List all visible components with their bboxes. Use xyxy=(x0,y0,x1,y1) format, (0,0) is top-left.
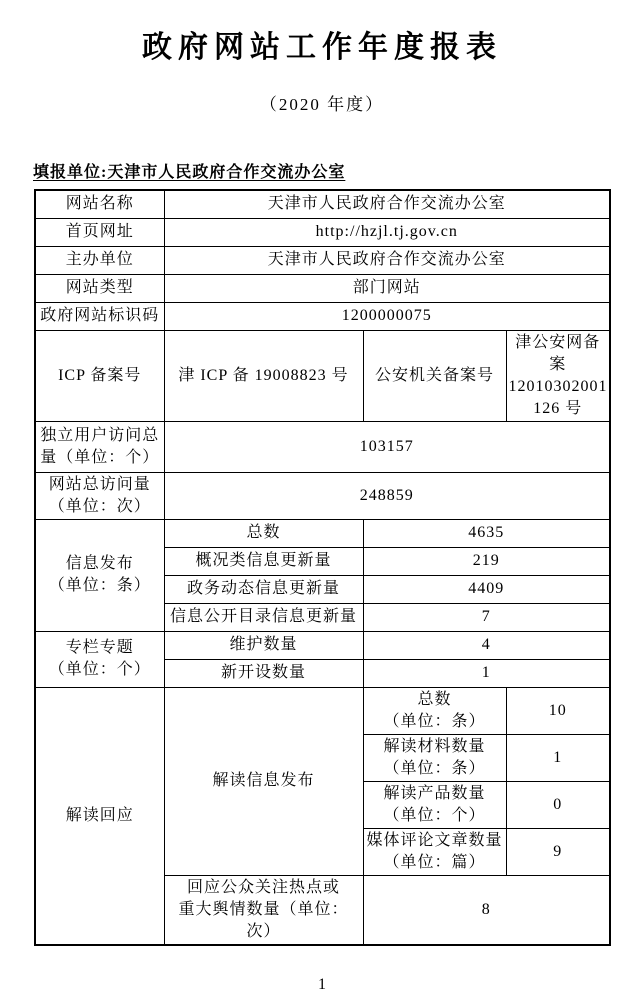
info-total-value: 4635 xyxy=(363,519,610,547)
gov-news-updates-value: 4409 xyxy=(363,575,610,603)
interp-total-label: 总数 （单位：条） xyxy=(363,687,506,734)
table-row: 解读回应 解读信息发布 总数 （单位：条） 10 xyxy=(35,687,610,734)
hot-response-value: 8 xyxy=(363,875,610,945)
disclosure-updates-value: 7 xyxy=(363,603,610,631)
overview-updates-label: 概况类信息更新量 xyxy=(164,547,363,575)
site-id-code-value: 1200000075 xyxy=(164,302,610,330)
interpretation-publish-label: 解读信息发布 xyxy=(164,687,363,875)
site-id-code-label: 政府网站标识码 xyxy=(35,302,164,330)
interp-products-label: 解读产品数量 （单位：个） xyxy=(363,781,506,828)
table-row: ICP 备案号 津 ICP 备 19008823 号 公安机关备案号 津公安网备… xyxy=(35,330,610,421)
interp-materials-value: 1 xyxy=(506,734,610,781)
special-topics-group-label: 专栏专题 （单位：个） xyxy=(35,631,164,687)
interpretation-group-label: 解读回应 xyxy=(35,687,164,945)
table-row: 政府网站标识码 1200000075 xyxy=(35,302,610,330)
overview-updates-value: 219 xyxy=(363,547,610,575)
report-year-subtitle: （2020 年度） xyxy=(0,90,644,115)
info-total-label: 总数 xyxy=(164,519,363,547)
table-row: 专栏专题 （单位：个） 维护数量 4 xyxy=(35,631,610,659)
site-name-label: 网站名称 xyxy=(35,190,164,218)
new-topics-label: 新开设数量 xyxy=(164,659,363,687)
site-type-value: 部门网站 xyxy=(164,274,610,302)
table-row: 网站类型 部门网站 xyxy=(35,274,610,302)
total-visits-value: 248859 xyxy=(164,472,610,519)
new-topics-value: 1 xyxy=(363,659,610,687)
site-type-label: 网站类型 xyxy=(35,274,164,302)
maintained-count-label: 维护数量 xyxy=(164,631,363,659)
police-record-label: 公安机关备案号 xyxy=(363,330,506,421)
interp-total-value: 10 xyxy=(506,687,610,734)
report-page: 政府网站工作年度报表 （2020 年度） 填报单位:天津市人民政府合作交流办公室… xyxy=(0,22,644,991)
interp-materials-label: 解读材料数量 （单位：条） xyxy=(363,734,506,781)
unique-visitors-label: 独立用户访问总 量（单位：个） xyxy=(35,421,164,472)
site-name-value: 天津市人民政府合作交流办公室 xyxy=(164,190,610,218)
table-row: 信息发布 （单位：条） 总数 4635 xyxy=(35,519,610,547)
page-number: 1 xyxy=(0,976,644,991)
icp-license-label: ICP 备案号 xyxy=(35,330,164,421)
table-row: 独立用户访问总 量（单位：个） 103157 xyxy=(35,421,610,472)
reporting-unit-line: 填报单位:天津市人民政府合作交流办公室 xyxy=(33,159,644,182)
hot-response-label: 回应公众关注热点或 重大舆情数量（单位： 次） xyxy=(164,875,363,945)
icp-license-value: 津 ICP 备 19008823 号 xyxy=(164,330,363,421)
media-comments-label: 媒体评论文章数量 （单位：篇） xyxy=(363,828,506,875)
media-comments-value: 9 xyxy=(506,828,610,875)
info-publish-group-label: 信息发布 （单位：条） xyxy=(35,519,164,631)
disclosure-updates-label: 信息公开目录信息更新量 xyxy=(164,603,363,631)
police-record-value: 津公安网备 案 12010302001 126 号 xyxy=(506,330,610,421)
homepage-url-value: http://hzjl.tj.gov.cn xyxy=(164,218,610,246)
table-row: 首页网址 http://hzjl.tj.gov.cn xyxy=(35,218,610,246)
table-row: 网站名称 天津市人民政府合作交流办公室 xyxy=(35,190,610,218)
page-title: 政府网站工作年度报表 xyxy=(0,22,644,66)
homepage-url-label: 首页网址 xyxy=(35,218,164,246)
maintained-count-value: 4 xyxy=(363,631,610,659)
total-visits-label: 网站总访问量 （单位：次） xyxy=(35,472,164,519)
unique-visitors-value: 103157 xyxy=(164,421,610,472)
annual-report-table: 网站名称 天津市人民政府合作交流办公室 首页网址 http://hzjl.tj.… xyxy=(34,189,611,946)
table-row: 网站总访问量 （单位：次） 248859 xyxy=(35,472,610,519)
interp-products-value: 0 xyxy=(506,781,610,828)
table-row: 主办单位 天津市人民政府合作交流办公室 xyxy=(35,246,610,274)
gov-news-updates-label: 政务动态信息更新量 xyxy=(164,575,363,603)
sponsor-unit-label: 主办单位 xyxy=(35,246,164,274)
sponsor-unit-value: 天津市人民政府合作交流办公室 xyxy=(164,246,610,274)
